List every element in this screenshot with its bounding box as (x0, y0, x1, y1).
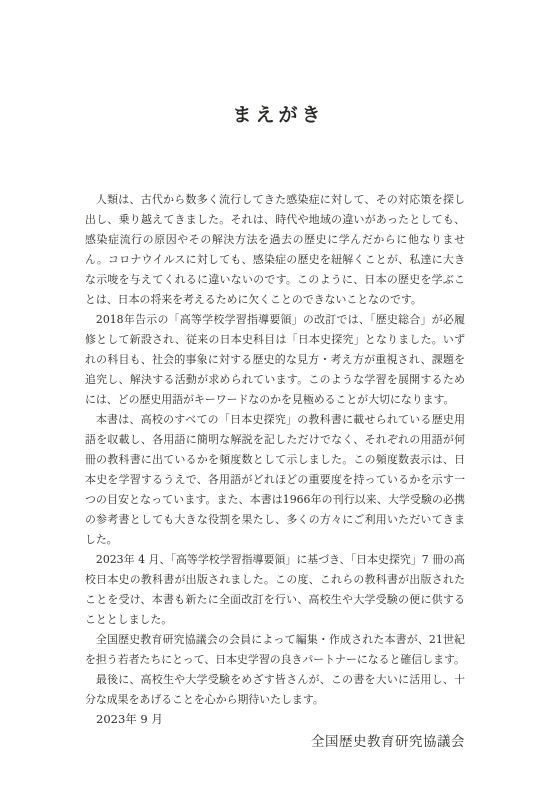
paragraph-3: 本書は、高校のすべての「日本史探究」の教科書に載せられている歴史用語を収載し、各… (85, 410, 465, 550)
paragraph-1: 人類は、古代から数多く流行してきた感染症に対して、その対応策を探し出し、乗り越え… (85, 190, 465, 310)
preface-body: 人類は、古代から数多く流行してきた感染症に対して、その対応策を探し出し、乗り越え… (85, 190, 465, 710)
paragraph-2: 2018年告示の「高等学校学習指導要領」の改訂では、「歴史総合」が必履修として新… (85, 310, 465, 410)
preface-page: まえがき 人類は、古代から数多く流行してきた感染症に対して、その対応策を探し出し… (0, 0, 553, 800)
paragraph-5: 全国歴史教育研究協議会の会員によって編集・作成された本書が、21世紀を担う若者た… (85, 630, 465, 670)
paragraph-4: 2023年 4 月、「高等学校学習指導要領」に基づき、「日本史探究」7 冊の高校… (85, 550, 465, 630)
paragraph-6: 最後に、高校生や大学受験をめざす皆さんが、この書を大いに活用し、十分な成果をあげ… (85, 670, 465, 710)
page-title: まえがき (0, 100, 553, 127)
signature-line: 全国歴史教育研究協議会 (311, 733, 465, 751)
date-line: 2023年 9 月 (96, 711, 163, 727)
